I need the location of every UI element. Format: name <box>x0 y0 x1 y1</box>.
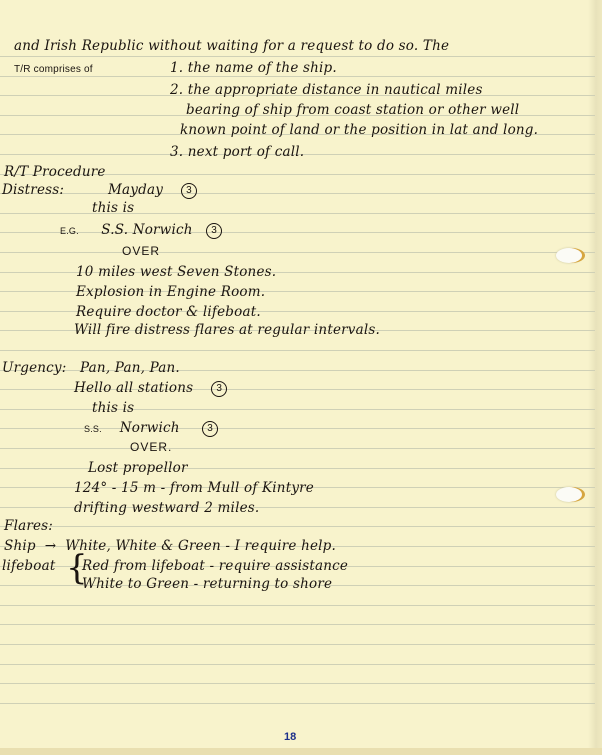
urgency-ship-name: Norwich <box>120 420 180 436</box>
notebook-page: and Irish Republic without waiting for a… <box>0 0 602 755</box>
rule-line <box>0 664 595 665</box>
urgency-label: Urgency: <box>2 360 67 376</box>
distress-ship-name: S.S. Norwich <box>101 222 192 238</box>
distress-over: OVER <box>122 244 160 258</box>
distress-message-1: 10 miles west Seven Stones. <box>76 264 276 280</box>
intro-item-2-cont-2: known point of land or the position in l… <box>180 122 538 138</box>
distress-message-3: Require doctor & lifeboat. <box>76 304 261 320</box>
urgency-this-is: this is <box>92 400 134 416</box>
intro-item-1: 1. the name of the ship. <box>170 60 337 76</box>
intro-line-1: and Irish Republic without waiting for a… <box>14 38 449 54</box>
urgency-message-1: Lost propellor <box>88 460 188 476</box>
lifeboat-line-1: Red from lifeboat - require assistance <box>82 558 348 574</box>
urgency-over: OVER. <box>130 440 172 454</box>
repeat-count-circle: 3 <box>181 183 197 199</box>
intro-label: T/R comprises of <box>14 60 93 76</box>
rule-line <box>0 409 595 410</box>
lifeboat-line-2: White to Green - returning to shore <box>82 576 332 592</box>
ss-label: S.S. <box>84 424 102 434</box>
urgency-call: Pan, Pan, Pan. <box>80 360 180 376</box>
hello-all-stations: Hello all stations <box>74 380 193 396</box>
flares-heading: Flares: <box>4 518 53 534</box>
rule-line <box>0 193 595 194</box>
rule-line <box>0 213 595 214</box>
distress-label: Distress: <box>2 182 64 198</box>
urgency-message-2: 124° - 15 m - from Mull of Kintyre <box>74 480 314 496</box>
repeat-count-circle: 3 <box>206 223 222 239</box>
eg-label: E.G. <box>60 226 79 236</box>
binder-hole-lower <box>556 487 582 502</box>
intro-item-2-cont-1: bearing of ship from coast station or ot… <box>186 102 519 118</box>
rule-line <box>0 76 595 77</box>
rule-line <box>0 526 595 527</box>
tr-comprises: T/R comprises of <box>14 64 93 75</box>
intro-item-2: 2. the appropriate distance in nautical … <box>170 82 483 98</box>
binder-hole-upper <box>556 248 582 263</box>
arrow-right-icon: → <box>45 538 57 554</box>
distress-message-4: Will fire distress flares at regular int… <box>74 322 380 338</box>
flares-ship-row: Ship → White, White & Green - I require … <box>4 538 336 554</box>
rule-line <box>0 644 595 645</box>
mayday-text: Mayday <box>108 182 163 198</box>
rule-line <box>0 683 595 684</box>
lifeboat-label: lifeboat <box>2 558 55 574</box>
ship-label: Ship <box>4 538 36 554</box>
ship-flares-text: White, White & Green - I require help. <box>65 538 336 554</box>
distress-this-is: this is <box>92 200 134 216</box>
repeat-count-circle: 3 <box>211 381 227 397</box>
intro-item-3: 3. next port of call. <box>170 144 304 160</box>
urgency-hello: Hello all stations 3 <box>74 380 227 397</box>
rule-line <box>0 624 595 625</box>
repeat-count-circle: 3 <box>202 421 218 437</box>
rule-line <box>0 605 595 606</box>
urgency-ship-line: S.S. Norwich 3 <box>84 420 218 437</box>
rule-line <box>0 252 595 253</box>
rule-line <box>0 350 595 351</box>
rule-line <box>0 56 595 57</box>
distress-ship-line: E.G. S.S. Norwich 3 <box>60 222 222 239</box>
distress-message-2: Explosion in Engine Room. <box>76 284 265 300</box>
rule-line <box>0 448 595 449</box>
page-bottom-edge <box>0 748 602 755</box>
rt-procedure-heading: R/T Procedure <box>4 164 106 180</box>
page-number: 18 <box>284 731 296 743</box>
urgency-message-3: drifting westward 2 miles. <box>74 500 259 516</box>
distress-call: Mayday 3 <box>108 182 197 199</box>
rule-line <box>0 703 595 704</box>
